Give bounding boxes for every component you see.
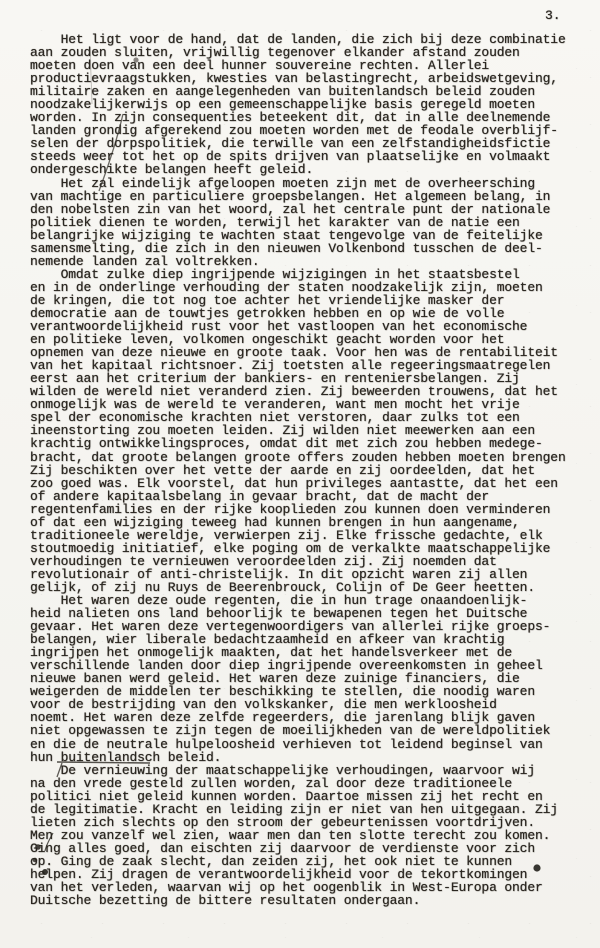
paragraph-rearmament: Het waren deze oude regenten, die in hun… — [30, 594, 594, 764]
paragraph-general-interest: Het zal eindelijk afgeloopen moeten zijn… — [30, 177, 594, 268]
paragraph-old-regents: Omdat zulke diep ingrijpende wijzigingen… — [30, 268, 594, 594]
page-number: 3. — [545, 9, 561, 22]
paragraph-renewal: De vernieuwing der maatschappelijke verh… — [30, 764, 594, 908]
document-body: Het ligt voor de hand, dat de landen, di… — [30, 33, 594, 907]
paragraph-sovereignty: Het ligt voor de hand, dat de landen, di… — [30, 33, 594, 177]
